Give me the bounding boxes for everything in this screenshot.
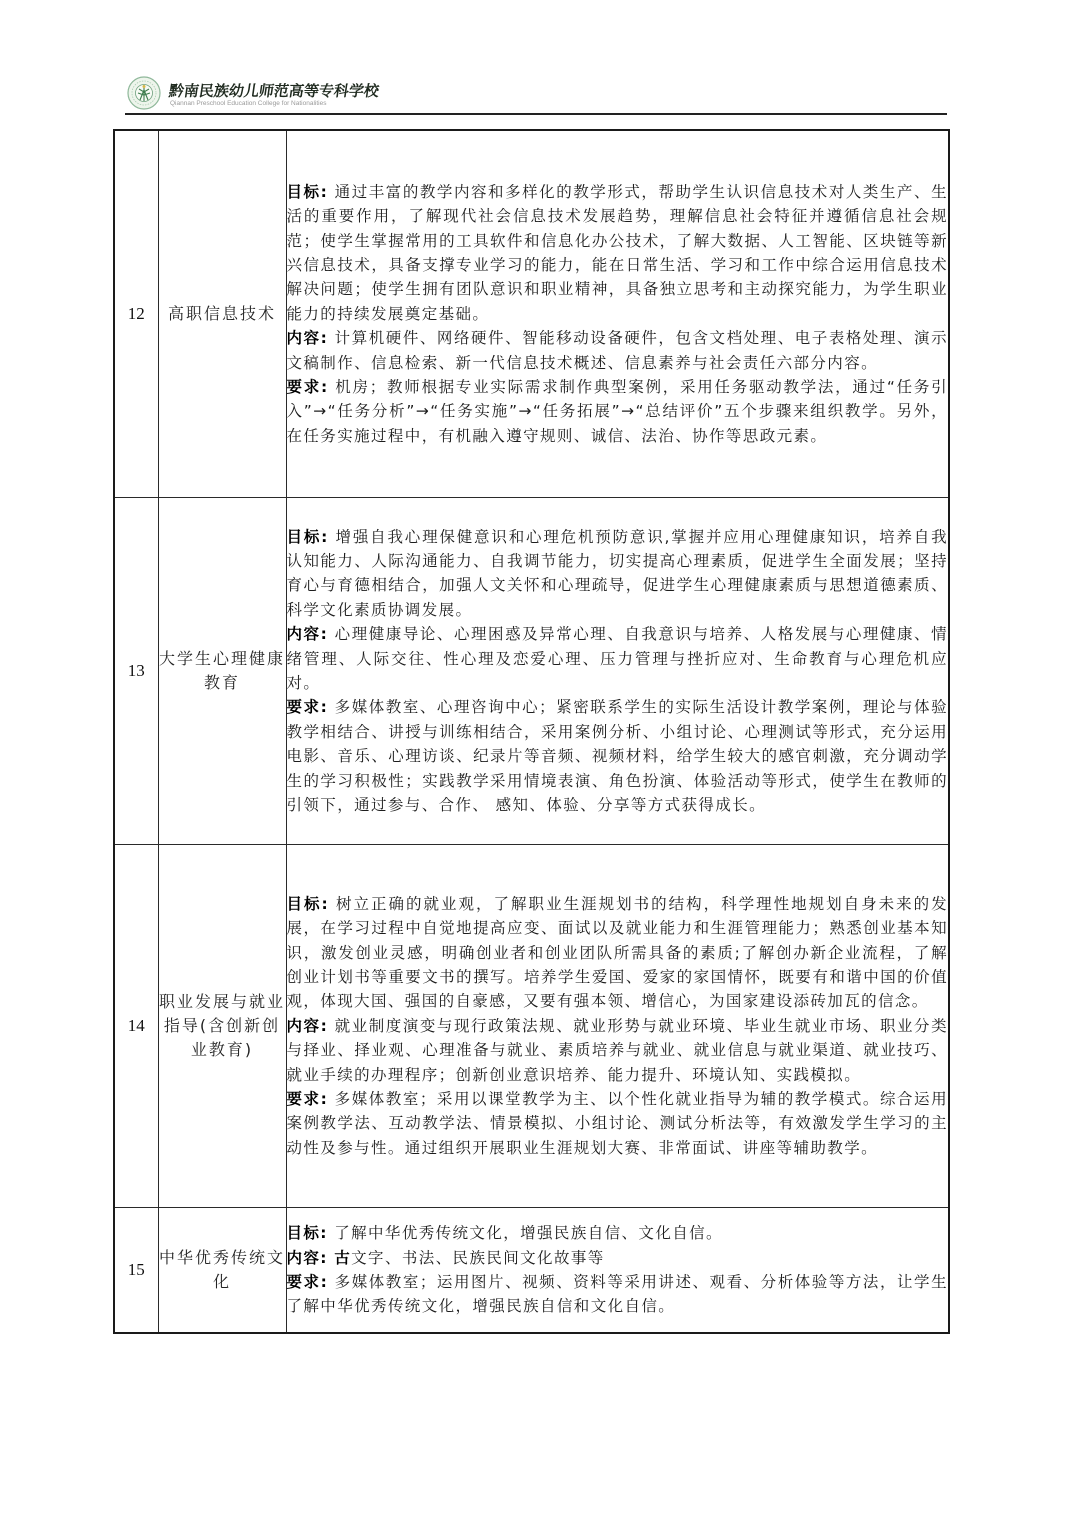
- content-text: 心理健康导论、心理困惑及异常心理、自我意识与培养、人格发展与心理健康、情绪管理、…: [287, 625, 949, 692]
- page-header: 黔南民族幼儿师范高等专科学校 Qiannan Preschool Educati…: [125, 74, 947, 114]
- goal-paragraph: 目标: 通过丰富的教学内容和多样化的教学形式，帮助学生认识信息技术对人类生产、生…: [287, 180, 949, 326]
- course-name: 中华优秀传统文化: [158, 1208, 286, 1334]
- goal-paragraph: 目标: 了解中华优秀传统文化，增强民族自信、文化自信。: [287, 1221, 949, 1245]
- course-name: 职业发展与就业指导(含创新创业教育): [158, 845, 286, 1208]
- course-name: 高职信息技术: [158, 130, 286, 498]
- content-label: 内容:: [287, 625, 329, 643]
- requirement-text: 机房；教师根据专业实际需求制作典型案例，采用任务驱动教学法，通过“任务引入”→“…: [287, 378, 949, 445]
- course-description: 目标: 了解中华优秀传统文化，增强民族自信、文化自信。 内容: 古文字、书法、民…: [286, 1208, 949, 1334]
- course-description: 目标: 树立正确的就业观，了解职业生涯规划书的结构，科学理性地规划自身未来的发展…: [286, 845, 949, 1208]
- course-description: 目标: 通过丰富的教学内容和多样化的教学形式，帮助学生认识信息技术对人类生产、生…: [286, 130, 949, 498]
- goal-text: 树立正确的就业观，了解职业生涯规划书的结构，科学理性地规划自身未来的发展，在学习…: [287, 895, 949, 1011]
- content-bold-prefix: 古: [334, 1249, 351, 1267]
- content-paragraph: 内容: 古文字、书法、民族民间文化故事等: [287, 1246, 949, 1270]
- course-number: 15: [114, 1208, 158, 1334]
- content-text: 就业制度演变与现行政策法规、就业形势与就业环境、毕业生就业市场、职业分类与择业、…: [287, 1017, 949, 1084]
- content-text: 计算机硬件、网络硬件、智能移动设备硬件，包含文档处理、电子表格处理、演示文稿制作…: [287, 329, 949, 371]
- content-paragraph: 内容: 就业制度演变与现行政策法规、就业形势与就业环境、毕业生就业市场、职业分类…: [287, 1014, 949, 1087]
- goal-label: 目标:: [287, 183, 329, 201]
- content-label: 内容:: [287, 1017, 329, 1035]
- requirement-label: 要求:: [287, 378, 329, 396]
- goal-paragraph: 目标: 增强自我心理保健意识和心理危机预防意识,掌握并应用心理健康知识，培养自我…: [287, 525, 949, 623]
- requirement-text: 多媒体教室；采用以课堂教学为主、以个性化就业指导为辅的教学模式。综合运用案例教学…: [287, 1090, 949, 1157]
- requirement-label: 要求:: [287, 698, 329, 716]
- content-label: 内容:: [287, 1249, 328, 1267]
- goal-label: 目标:: [287, 895, 330, 913]
- goal-text: 通过丰富的教学内容和多样化的教学形式，帮助学生认识信息技术对人类生产、生活的重要…: [287, 183, 949, 323]
- course-description: 目标: 增强自我心理保健意识和心理危机预防意识,掌握并应用心理健康知识，培养自我…: [286, 498, 949, 845]
- goal-text: 了解中华优秀传统文化，增强民族自信、文化自信。: [334, 1224, 723, 1242]
- content-paragraph: 内容: 心理健康导论、心理困惑及异常心理、自我意识与培养、人格发展与心理健康、情…: [287, 622, 949, 695]
- content-label: 内容:: [287, 329, 329, 347]
- goal-label: 目标:: [287, 528, 329, 546]
- requirement-text: 多媒体教室、心理咨询中心；紧密联系学生的实际生活设计教学案例，理论与体验教学相结…: [287, 698, 949, 814]
- school-name-cn: 黔南民族幼儿师范高等专科学校: [168, 80, 381, 101]
- requirement-paragraph: 要求: 机房；教师根据专业实际需求制作典型案例，采用任务驱动教学法，通过“任务引…: [287, 375, 949, 448]
- goal-text: 增强自我心理保健意识和心理危机预防意识,掌握并应用心理健康知识，培养自我认知能力…: [287, 528, 949, 619]
- content-paragraph: 内容: 计算机硬件、网络硬件、智能移动设备硬件，包含文档处理、电子表格处理、演示…: [287, 326, 949, 375]
- table-row: 12 高职信息技术 目标: 通过丰富的教学内容和多样化的教学形式，帮助学生认识信…: [114, 130, 949, 498]
- course-number: 12: [114, 130, 158, 498]
- course-table: 12 高职信息技术 目标: 通过丰富的教学内容和多样化的教学形式，帮助学生认识信…: [113, 129, 950, 1334]
- table-row: 14 职业发展与就业指导(含创新创业教育) 目标: 树立正确的就业观，了解职业生…: [114, 845, 949, 1208]
- school-emblem-icon: [127, 76, 161, 110]
- content-text: 文字、书法、民族民间文化故事等: [351, 1249, 605, 1267]
- school-name-en: Qiannan Preschool Education College for …: [170, 100, 326, 107]
- table-row: 13 大学生心理健康教育 目标: 增强自我心理保健意识和心理危机预防意识,掌握并…: [114, 498, 949, 845]
- course-number: 13: [114, 498, 158, 845]
- header-divider: [125, 113, 947, 115]
- requirement-paragraph: 要求: 多媒体教室；采用以课堂教学为主、以个性化就业指导为辅的教学模式。综合运用…: [287, 1087, 949, 1160]
- table-row: 15 中华优秀传统文化 目标: 了解中华优秀传统文化，增强民族自信、文化自信。 …: [114, 1208, 949, 1334]
- requirement-text: 多媒体教室；运用图片、视频、资料等采用讲述、观看、分析体验等方法，让学生了解中华…: [287, 1273, 949, 1315]
- requirement-paragraph: 要求: 多媒体教室、心理咨询中心；紧密联系学生的实际生活设计教学案例，理论与体验…: [287, 695, 949, 817]
- requirement-paragraph: 要求: 多媒体教室；运用图片、视频、资料等采用讲述、观看、分析体验等方法，让学生…: [287, 1270, 949, 1319]
- course-number: 14: [114, 845, 158, 1208]
- requirement-label: 要求:: [287, 1090, 329, 1108]
- goal-paragraph: 目标: 树立正确的就业观，了解职业生涯规划书的结构，科学理性地规划自身未来的发展…: [287, 892, 949, 1014]
- requirement-label: 要求:: [287, 1273, 329, 1291]
- goal-label: 目标:: [287, 1224, 328, 1242]
- course-name: 大学生心理健康教育: [158, 498, 286, 845]
